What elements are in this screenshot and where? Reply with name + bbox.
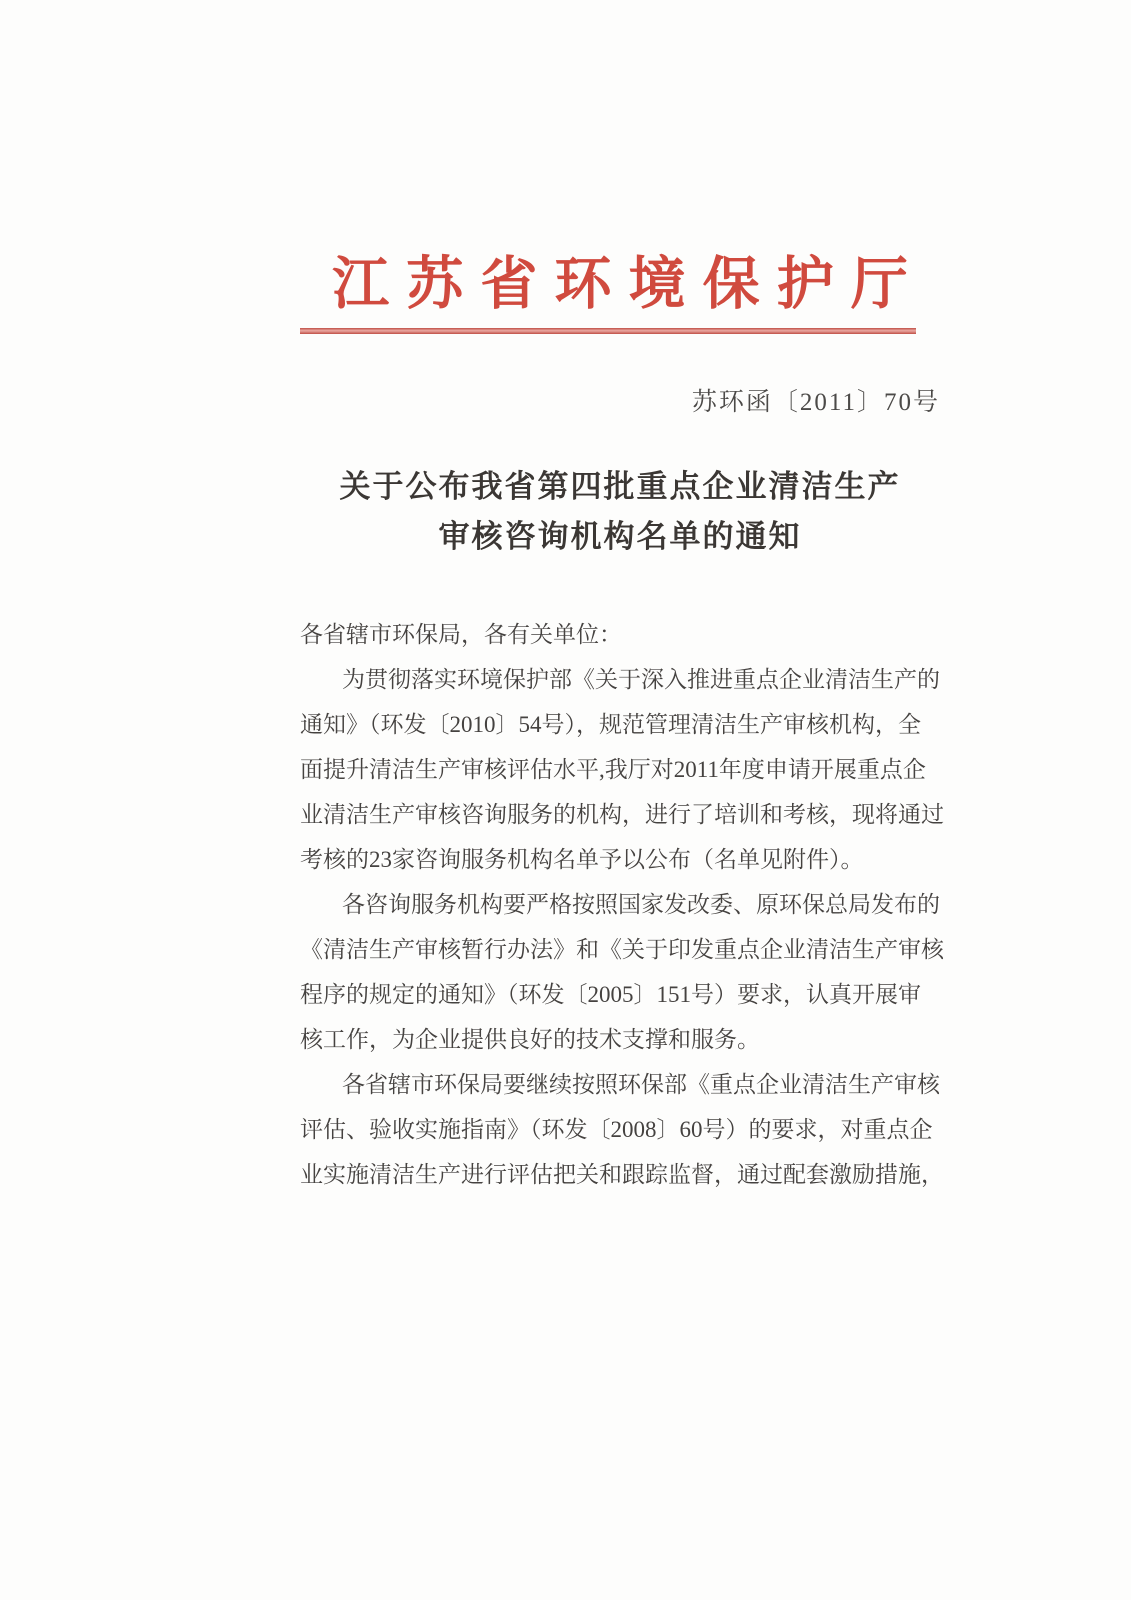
body-line: 程序的规定的通知》（环发〔2005〕151号）要求，认真开展审 [300,972,940,1017]
body-line: 各省辖市环保局要继续按照环保部《重点企业清洁生产审核 [300,1062,940,1107]
body-paragraph-lines: 为贯彻落实环境保护部《关于深入推进重点企业清洁生产的通知》（环发〔2010〕54… [300,657,940,1197]
salutation: 各省辖市环保局，各有关单位： [300,612,940,657]
body-line: 为贯彻落实环境保护部《关于深入推进重点企业清洁生产的 [300,657,940,702]
body-line: 业实施清洁生产进行评估把关和跟踪监督，通过配套激励措施， [300,1152,940,1197]
title-line-2: 审核咨询机构名单的通知 [300,512,940,562]
body-line: 业清洁生产审核咨询服务的机构，进行了培训和考核，现将通过 [300,792,940,837]
body-line: 通知》（环发〔2010〕54号），规范管理清洁生产审核机构，全 [300,702,940,747]
body-line: 核工作，为企业提供良好的技术支撑和服务。 [300,1017,940,1062]
letterhead-rule [300,328,916,334]
body-line: 各咨询服务机构要严格按照国家发改委、原环保总局发布的 [300,882,940,927]
agency-name: 江苏省环境保护厅 [332,253,925,316]
title-line-1: 关于公布我省第四批重点企业清洁生产 [300,462,940,512]
document-content: 江苏省环境保护厅 苏环函〔2011〕70号 关于公布我省第四批重点企业清洁生产 … [300,0,940,1197]
document-title: 关于公布我省第四批重点企业清洁生产 审核咨询机构名单的通知 [300,462,940,562]
body-line: 《清洁生产审核暂行办法》和《关于印发重点企业清洁生产审核 [300,927,940,972]
document-body: 各省辖市环保局，各有关单位： 为贯彻落实环境保护部《关于深入推进重点企业清洁生产… [300,612,940,1197]
document-page: 江苏省环境保护厅 苏环函〔2011〕70号 关于公布我省第四批重点企业清洁生产 … [0,0,1131,1600]
agency-letterhead: 江苏省环境保护厅 [300,248,940,322]
body-line: 评估、验收实施指南》（环发〔2008〕60号）的要求，对重点企 [300,1107,940,1152]
body-line: 考核的23家咨询服务机构名单予以公布（名单见附件）。 [300,837,940,882]
document-number: 苏环函〔2011〕70号 [300,388,940,418]
body-line: 面提升清洁生产审核评估水平,我厅对2011年度申请开展重点企 [300,747,940,792]
